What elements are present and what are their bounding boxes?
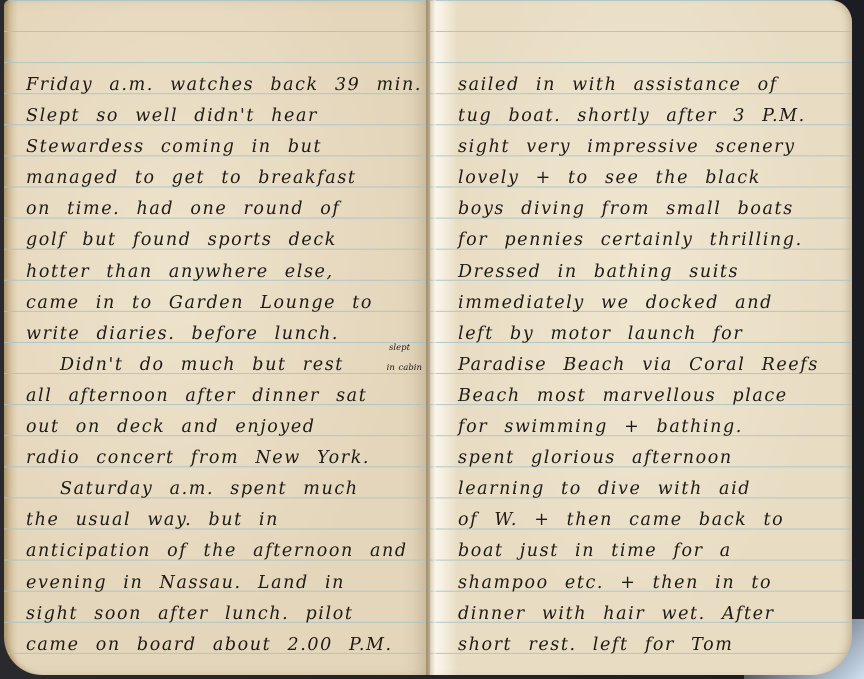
diary-line: on time. had one round of: [26, 194, 424, 225]
diary-line: Paradise Beach via Coral Reefs: [458, 350, 842, 381]
diary-line: dinner with hair wet. After: [458, 599, 842, 630]
diary-line: out on deck and enjoyed: [26, 412, 424, 443]
diary-line: write diaries. before lunch.: [26, 319, 424, 350]
diary-line: sight soon after lunch. pilot: [26, 599, 424, 630]
diary-line: Saturday a.m. spent much: [26, 474, 424, 505]
margin-annotation: in cabin: [387, 364, 422, 373]
diary-line: for swimming + bathing.: [458, 412, 842, 443]
diary-line: Didn't do much but rest slept in cabin: [26, 350, 424, 381]
diary-line: spent glorious afternoon: [458, 443, 842, 474]
diary-line: all afternoon after dinner sat: [26, 381, 424, 412]
right-page: sailed in with assistance of tug boat. s…: [430, 0, 852, 675]
diary-line: golf but found sports deck: [26, 225, 424, 256]
diary-line: anticipation of the afternoon and: [26, 536, 424, 567]
diary-line: short rest. left for Tom: [458, 630, 842, 661]
left-page-text: Friday a.m. watches back 39 min. Slept s…: [4, 70, 430, 661]
diary-line: Slept so well didn't hear: [26, 101, 424, 132]
diary-line: Stewardess coming in but: [26, 132, 424, 163]
diary-line-text: Didn't do much but rest: [60, 355, 344, 375]
left-page: Friday a.m. watches back 39 min. Slept s…: [4, 0, 430, 675]
diary-line: boys diving from small boats: [458, 194, 842, 225]
diary-line: Friday a.m. watches back 39 min.: [26, 70, 424, 101]
diary-line: came on board about 2.00 P.M.: [26, 630, 424, 661]
diary-line: evening in Nassau. Land in: [26, 568, 424, 599]
diary-line: shampoo etc. + then in to: [458, 568, 842, 599]
diary-line: sight very impressive scenery: [458, 132, 842, 163]
diary-line: radio concert from New York.: [26, 443, 424, 474]
diary-line: boat just in time for a: [458, 536, 842, 567]
diary-line: tug boat. shortly after 3 P.M.: [458, 101, 842, 132]
diary-line: managed to get to breakfast: [26, 163, 424, 194]
diary-line: hotter than anywhere else,: [26, 257, 424, 288]
diary-line: learning to dive with aid: [458, 474, 842, 505]
diary-line: immediately we docked and: [458, 288, 842, 319]
right-page-text: sailed in with assistance of tug boat. s…: [430, 70, 852, 661]
diary-line: of W. + then came back to: [458, 505, 842, 536]
diary-line: Dressed in bathing suits: [458, 257, 842, 288]
notebook-scan: Friday a.m. watches back 39 min. Slept s…: [0, 0, 864, 679]
diary-line: left by motor launch for: [458, 319, 842, 350]
diary-line: for pennies certainly thrilling.: [458, 225, 842, 256]
margin-annotation: slept: [389, 344, 410, 353]
diary-line: came in to Garden Lounge to: [26, 288, 424, 319]
diary-line: lovely + to see the black: [458, 163, 842, 194]
diary-line: sailed in with assistance of: [458, 70, 842, 101]
diary-line: Beach most marvellous place: [458, 381, 842, 412]
diary-line: the usual way. but in: [26, 505, 424, 536]
notebook-spine: [426, 0, 436, 675]
